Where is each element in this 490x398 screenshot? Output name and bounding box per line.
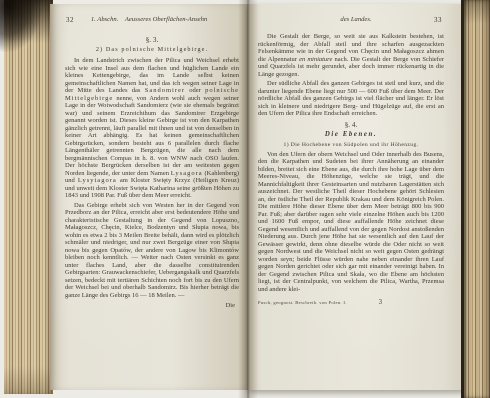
paragraph: Von den Ufern der obern Weichsel und Ode… xyxy=(258,151,444,294)
sheet-number: 3 xyxy=(379,299,382,306)
section-title-ebenen: Die Ebenen. xyxy=(258,131,444,138)
right-page-header: 33 des Landes. xyxy=(248,16,464,29)
left-page: 32 1. Abschn. Aeusseres Oberflächen-Anse… xyxy=(50,4,248,390)
printer-signature: Pusch, geognost. Beschreib. von Polen. I… xyxy=(258,300,347,305)
left-running-header: 1. Abschn. Aeusseres Oberflächen-Ansehn xyxy=(50,16,248,23)
right-text-column: Die Gestalt der Berge, so weit sie aus K… xyxy=(248,29,464,306)
section-mark-4: §. 4. xyxy=(258,121,444,129)
right-page: 33 des Landes. Die Gestalt der Berge, so… xyxy=(248,4,464,390)
paragraph: Der südliche Abfall des ganzen Gebirges … xyxy=(258,80,444,118)
paragraph: Das Gebirge erhebt sich von Westen her i… xyxy=(65,202,239,300)
right-page-edges xyxy=(461,0,490,398)
left-page-edges xyxy=(4,0,53,394)
right-page-number: 33 xyxy=(434,16,442,24)
section-title-mittelgebirge: 2) Das polnische Mittelgebirge. xyxy=(65,46,239,53)
right-running-header: des Landes. xyxy=(248,16,464,23)
subsection-title-hochebene: 1) Die Hochebene von Südpolen und ihr Hö… xyxy=(258,142,444,148)
paragraph: In dem Landstrich zwischen der Pilica un… xyxy=(65,57,239,200)
section-mark-3: §. 3. xyxy=(65,36,239,44)
catchword: Die xyxy=(65,302,239,309)
left-text-column: §. 3. 2) Das polnische Mittelgebirge. In… xyxy=(50,29,248,309)
paragraph: Die Gestalt der Berge, so weit sie aus K… xyxy=(258,33,444,78)
left-page-number: 32 xyxy=(66,16,74,24)
right-page-footer: Pusch, geognost. Beschreib. von Polen. I… xyxy=(258,299,444,306)
book-scan: 32 1. Abschn. Aeusseres Oberflächen-Anse… xyxy=(0,0,490,398)
top-left-shadow xyxy=(0,0,42,52)
left-page-header: 32 1. Abschn. Aeusseres Oberflächen-Anse… xyxy=(50,16,248,29)
